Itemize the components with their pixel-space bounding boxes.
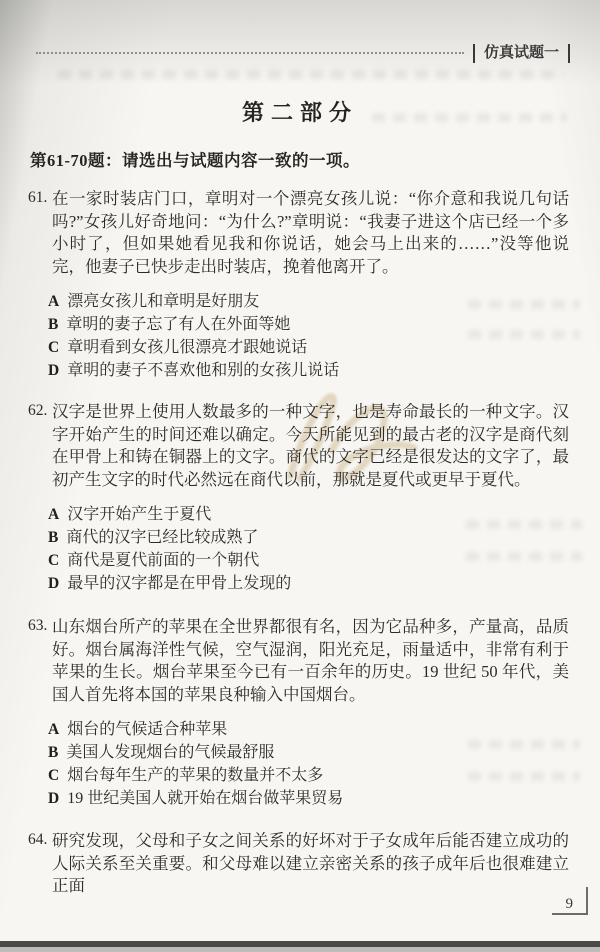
option-d: D19 世纪美国人就开始在烟台做苹果贸易 [48,787,569,810]
option-a: A汉字开始产生于夏代 [48,503,569,526]
option-d: D最早的汉字都是在甲骨上发现的 [48,572,569,595]
option-text: 章明的妻子忘了有人在外面等她 [66,316,290,333]
question-text: 在一家时装店门口，章明对一个漂亮女孩儿说：“你介意和我说几句话吗?”女孩儿好奇地… [52,188,569,278]
option-text: 章明的妻子不喜欢他和别的女孩儿说话 [67,362,339,379]
option-letter: B [48,316,58,333]
options-list: A烟台的气候适合种苹果 B美国人发现烟台的气候最舒服 C烟台每年生产的苹果的数量… [48,718,569,810]
question-text: 汉字是世界上使用人数最多的一种文字，也是寿命最长的一种文字。汉字开始产生的时间还… [52,401,569,491]
option-b: B章明的妻子忘了有人在外面等她 [48,313,569,336]
question-62: 62. 汉字是世界上使用人数最多的一种文字，也是寿命最长的一种文字。汉字开始产生… [28,401,569,595]
options-list: A漂亮女孩儿和章明是好朋友 B章明的妻子忘了有人在外面等她 C章明看到女孩儿很漂… [48,290,569,382]
option-letter: A [48,721,59,738]
option-text: 章明看到女孩儿很漂亮才跟她说话 [67,339,307,356]
page-number-corner: 9 [552,887,588,915]
option-c: C烟台每年生产的苹果的数量并不太多 [48,764,569,787]
bleed-through-artifact [58,70,563,79]
question-text: 研究发现，父母和子女之间关系的好坏对于子女成年后能否建立成功的人际关系至关重要。… [52,830,569,898]
option-a: A漂亮女孩儿和章明是好朋友 [48,290,569,313]
option-c: C商代是夏代前面的一个朝代 [48,549,569,572]
instruction-line: 第61-70题：请选出与试题内容一致的一项。 [30,147,360,171]
option-text: 商代的汉字已经比较成熟了 [66,529,258,546]
question-number: 62. [28,402,47,420]
option-b: B商代的汉字已经比较成熟了 [48,526,569,549]
question-number: 64. [28,831,47,849]
option-letter: A [48,293,59,310]
page-number: 9 [566,897,587,913]
scan-edge-light [0,947,600,952]
option-letter: C [48,552,59,569]
question-64: 64. 研究发现，父母和子女之间关系的好坏对于子女成年后能否建立成功的人际关系至… [28,830,569,898]
option-letter: A [48,506,59,523]
options-list: A汉字开始产生于夏代 B商代的汉字已经比较成熟了 C商代是夏代前面的一个朝代 D… [48,503,569,595]
option-letter: D [48,362,59,379]
option-d: D章明的妻子不喜欢他和别的女孩儿说话 [48,359,569,382]
option-text: 商代是夏代前面的一个朝代 [67,552,259,569]
question-text: 山东烟台所产的苹果在全世界都很有名，因为它品种多，产量高，品质好。烟台属海洋性气… [52,616,569,706]
option-a: A烟台的气候适合种苹果 [48,718,569,741]
question-number: 63. [28,617,47,635]
option-letter: D [48,790,59,807]
option-text: 漂亮女孩儿和章明是好朋友 [67,293,259,310]
page-header: 仿真试题一 [36,42,570,64]
question-number: 61. [28,189,47,207]
option-text: 美国人发现烟台的气候最舒服 [66,744,274,761]
option-text: 19 世纪美国人就开始在烟台做苹果贸易 [67,790,343,807]
section-title: 第二部分 [0,96,600,127]
option-text: 烟台每年生产的苹果的数量并不太多 [67,767,323,784]
question-61: 61. 在一家时装店门口，章明对一个漂亮女孩儿说：“你介意和我说几句话吗?”女孩… [28,188,569,382]
option-text: 汉字开始产生于夏代 [67,506,211,523]
option-letter: B [48,529,58,546]
option-b: B美国人发现烟台的气候最舒服 [48,741,569,764]
option-c: C章明看到女孩儿很漂亮才跟她说话 [48,336,569,359]
option-letter: C [48,767,59,784]
option-letter: C [48,339,59,356]
option-text: 最早的汉字都是在甲骨上发现的 [67,575,291,592]
header-dotted-rule [36,52,464,54]
option-letter: D [48,575,59,592]
option-letter: B [48,744,58,761]
option-text: 烟台的气候适合种苹果 [67,721,227,738]
header-label: 仿真试题一 [473,44,570,63]
question-63: 63. 山东烟台所产的苹果在全世界都很有名，因为它品种多，产量高，品质好。烟台属… [28,616,569,810]
